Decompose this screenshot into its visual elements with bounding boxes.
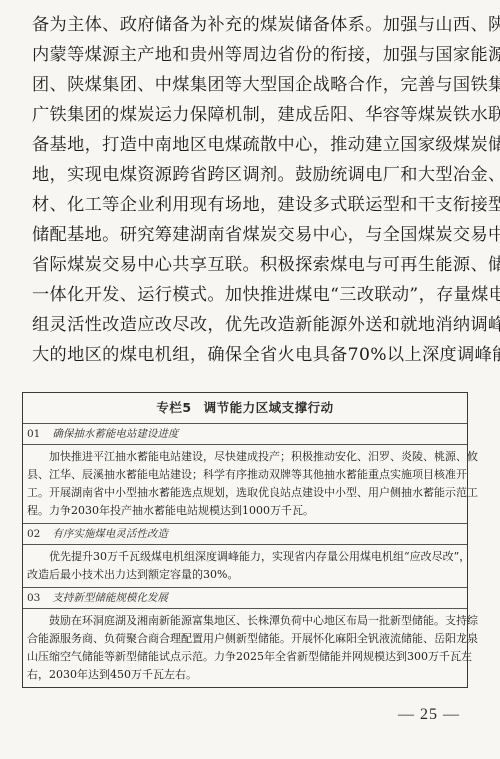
section-heading-text: 确保抽水蓄能电站建设进度 <box>52 428 178 440</box>
body-line: 团、陕煤集团、中煤集团等大型国企战略合作，完善与国铁集团、 <box>32 70 468 100</box>
body-line: 大的地区的煤电机组，确保全省火电具备70%以上深度调峰能力。 <box>32 340 468 370</box>
page-number: — 25 — <box>398 706 460 724</box>
column-title: 调节能力区域支撑行动 <box>204 400 334 415</box>
section-body-02: 优先提升30万千瓦级煤电机组深度调峰能力，实现省内存量公用煤电机组“应改尽改”，… <box>23 545 467 588</box>
section-heading-text: 支持新型储能规模化发展 <box>52 592 168 604</box>
section-heading-03: 03 支持新型储能规模化发展 <box>23 588 467 609</box>
section-line: 县、江华、辰溪抽水蓄能电站建设；科学有序推动双牌等其他抽水蓄能重点实施项目核准开 <box>27 466 463 484</box>
body-paragraph: 备为主体、政府储备为补充的煤炭储备体系。加强与山西、陕西、 内蒙等煤源主产地和贵… <box>32 10 468 370</box>
body-line: 内蒙等煤源主产地和贵州等周边省份的衔接，加强与国家能源集 <box>32 40 468 70</box>
body-line: 备为主体、政府储备为补充的煤炭储备体系。加强与山西、陕西、 <box>32 10 468 40</box>
body-line: 广铁集团的煤炭运力保障机制，建成岳阳、华容等煤炭铁水联运储 <box>32 100 468 130</box>
document-page: 备为主体、政府储备为补充的煤炭储备体系。加强与山西、陕西、 内蒙等煤源主产地和贵… <box>0 0 500 759</box>
section-line: 程。力争2030年投产抽水蓄能电站规模达到1000万千瓦。 <box>27 502 463 520</box>
section-line: 山压缩空气储能等新型储能试点示范。力争2025年全省新型储能并网规模达到300万… <box>27 648 463 666</box>
section-line: 加快推进平江抽水蓄能电站建设，尽快建成投产；积极推动安化、汨罗、炎陵、桃源、攸 <box>27 448 463 466</box>
body-line: 一体化开发、运行模式。加快推进煤电“三改联动”，存量煤电机 <box>32 280 468 310</box>
section-heading-02: 02 有序实施煤电灵活性改造 <box>23 524 467 545</box>
section-heading-01: 01 确保抽水蓄能电站建设进度 <box>23 424 467 445</box>
section-heading-text: 有序实施煤电灵活性改造 <box>52 528 168 540</box>
section-line: 优先提升30万千瓦级煤电机组深度调峰能力，实现省内存量公用煤电机组“应改尽改”， <box>27 548 463 566</box>
section-body-03: 鼓励在环洞庭湖及湘南新能源富集地区、长株潭负荷中心地区布局一批新型储能。支持综 … <box>23 609 467 687</box>
body-line: 储配基地。研究筹建湖南省煤炭交易中心，与全国煤炭交易中心、 <box>32 220 468 250</box>
body-line: 地，实现电煤资源跨省跨区调剂。鼓励统调电厂和大型冶金、建 <box>32 160 468 190</box>
section-number: 02 <box>27 524 49 544</box>
section-line: 合能源服务商、负荷聚合商合理配置用户侧新型储能。开展怀化麻阳全钒液流储能、岳阳龙… <box>27 630 463 648</box>
section-number: 01 <box>27 424 49 444</box>
body-line: 材、化工等企业利用现有场地，建设多式联运型和干支衔接型应急 <box>32 190 468 220</box>
section-line: 工。开展湖南省中小型抽水蓄能选点规划，选取优良站点建设中小型、用户侧抽水蓄能示范… <box>27 484 463 502</box>
body-line: 组灵活性改造应改尽改，优先改造新能源外送和就地消纳调峰需求 <box>32 310 468 340</box>
column-box-title: 专栏5调节能力区域支撑行动 <box>23 393 467 424</box>
column-label: 专栏5 <box>156 400 191 415</box>
section-line: 右，2030年达到450万千瓦左右。 <box>27 666 463 684</box>
column-box: 专栏5调节能力区域支撑行动 01 确保抽水蓄能电站建设进度 加快推进平江抽水蓄能… <box>22 392 468 688</box>
section-number: 03 <box>27 588 49 608</box>
body-line: 省际煤炭交易中心共享互联。积极探索煤电与可再生能源、储能的 <box>32 250 468 280</box>
body-line: 备基地，打造中南地区电煤疏散中心，推动建立国家级煤炭储备基 <box>32 130 468 160</box>
section-body-01: 加快推进平江抽水蓄能电站建设，尽快建成投产；积极推动安化、汨罗、炎陵、桃源、攸 … <box>23 445 467 524</box>
section-line: 改造后最小技术出力达到额定容量的30%。 <box>27 566 463 584</box>
section-line: 鼓励在环洞庭湖及湘南新能源富集地区、长株潭负荷中心地区布局一批新型储能。支持综 <box>27 612 463 630</box>
